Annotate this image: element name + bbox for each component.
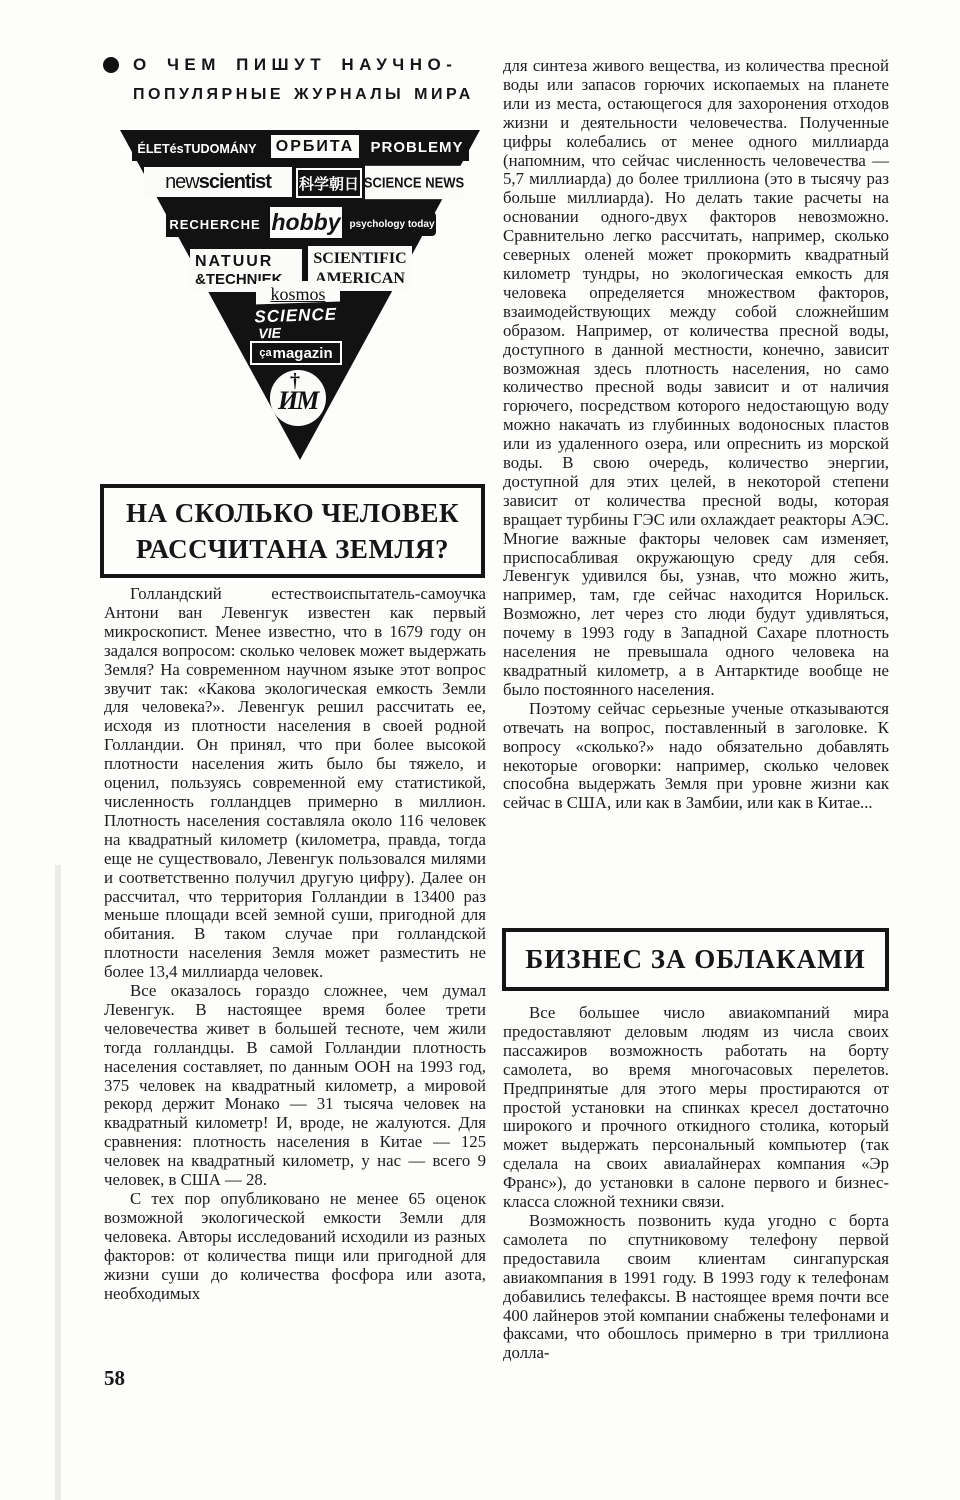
article1-column-right: для синтеза живого вещества, из количест… bbox=[503, 57, 889, 917]
logo-science-news: SCIENCE NEWS bbox=[365, 166, 463, 199]
scan-edge-artifact bbox=[55, 865, 61, 1500]
logo-ca-magazin: çamagazin bbox=[250, 341, 342, 365]
article1-title-line1: НА СКОЛЬКО ЧЕЛОВЕК bbox=[126, 495, 459, 531]
kicker-line-2: ПОПУЛЯРНЫЕ ЖУРНАЛЫ МИРА bbox=[103, 80, 487, 110]
paragraph: Все оказалось гораздо сложнее, чем думал… bbox=[104, 982, 486, 1190]
logo-new-scientist: newscientist bbox=[144, 167, 292, 197]
logo-elet-es-tudomany: ÉLETésTUDOMÁNY bbox=[132, 135, 262, 161]
logo-problemy: PROBLEMY bbox=[365, 133, 469, 161]
logo-science-et-vie: SCIENCE VIE bbox=[243, 301, 348, 345]
logo-kagaku-asahi: 科学朝日 bbox=[296, 168, 362, 198]
magazine-page: О ЧЕМ ПИШУТ НАУЧНО- ПОПУЛЯРНЫЕ ЖУРНАЛЫ М… bbox=[0, 0, 960, 1500]
logo-magazin-text: magazin bbox=[273, 345, 333, 362]
article1-title-box: НА СКОЛЬКО ЧЕЛОВЕК РАССЧИТАНА ЗЕМЛЯ? bbox=[100, 484, 485, 578]
kicker-line-1: О ЧЕМ ПИШУТ НАУЧНО- bbox=[103, 50, 487, 80]
logo-new-scientist-scientist: scientist bbox=[199, 171, 271, 194]
logo-im-circle: † ИМ bbox=[270, 370, 326, 426]
paragraph: С тех пор опубликовано не менее 65 оцено… bbox=[104, 1190, 486, 1303]
magazine-logo-triangle: ÉLETésTUDOMÁNY ОРБИТА PROBLEMY newscient… bbox=[120, 130, 480, 460]
article2-column: Все большее число авиакомпаний мира пред… bbox=[503, 1004, 889, 1384]
logo-hobby: hobby bbox=[268, 205, 344, 240]
logo-la-recherche: RECHERCHE bbox=[166, 211, 264, 237]
article2-title-box: БИЗНЕС ЗА ОБЛАКАМИ bbox=[502, 928, 889, 991]
paragraph: Возможность позвонить куда угодно с борт… bbox=[503, 1212, 889, 1363]
paragraph: Все большее число авиакомпаний мира пред… bbox=[503, 1004, 889, 1212]
paragraph: Поэтому сейчас серьезные ученые отказыва… bbox=[503, 700, 889, 813]
page-number: 58 bbox=[104, 1366, 125, 1391]
article2-title: БИЗНЕС ЗА ОБЛАКАМИ bbox=[525, 944, 865, 975]
bullet-icon bbox=[103, 57, 119, 73]
logo-magazin-prefix: ça bbox=[259, 347, 271, 359]
logo-sciam-line1: SCIENTIFIC bbox=[313, 249, 406, 269]
logo-orbita: ОРБИТА bbox=[268, 132, 362, 161]
article1-column-left: Голландский естествоиспытатель-самоучка … bbox=[104, 585, 486, 1373]
logo-psychology-today: psychology today bbox=[348, 212, 436, 236]
logo-science-vie-line1: SCIENCE bbox=[254, 306, 337, 327]
paragraph: Голландский естествоиспытатель-самоучка … bbox=[104, 585, 486, 982]
kicker-line-1-text: О ЧЕМ ПИШУТ НАУЧНО- bbox=[133, 55, 457, 74]
logo-natuur-line1: NATUUR bbox=[195, 252, 273, 271]
logo-new-scientist-new: new bbox=[165, 171, 199, 194]
logo-science-vie-line2: VIE bbox=[244, 326, 281, 341]
section-kicker: О ЧЕМ ПИШУТ НАУЧНО- ПОПУЛЯРНЫЕ ЖУРНАЛЫ М… bbox=[103, 50, 487, 110]
paragraph: для синтеза живого вещества, из количест… bbox=[503, 57, 889, 700]
article1-title-line2: РАССЧИТАНА ЗЕМЛЯ? bbox=[136, 531, 449, 567]
im-letters: ИМ bbox=[278, 386, 317, 416]
